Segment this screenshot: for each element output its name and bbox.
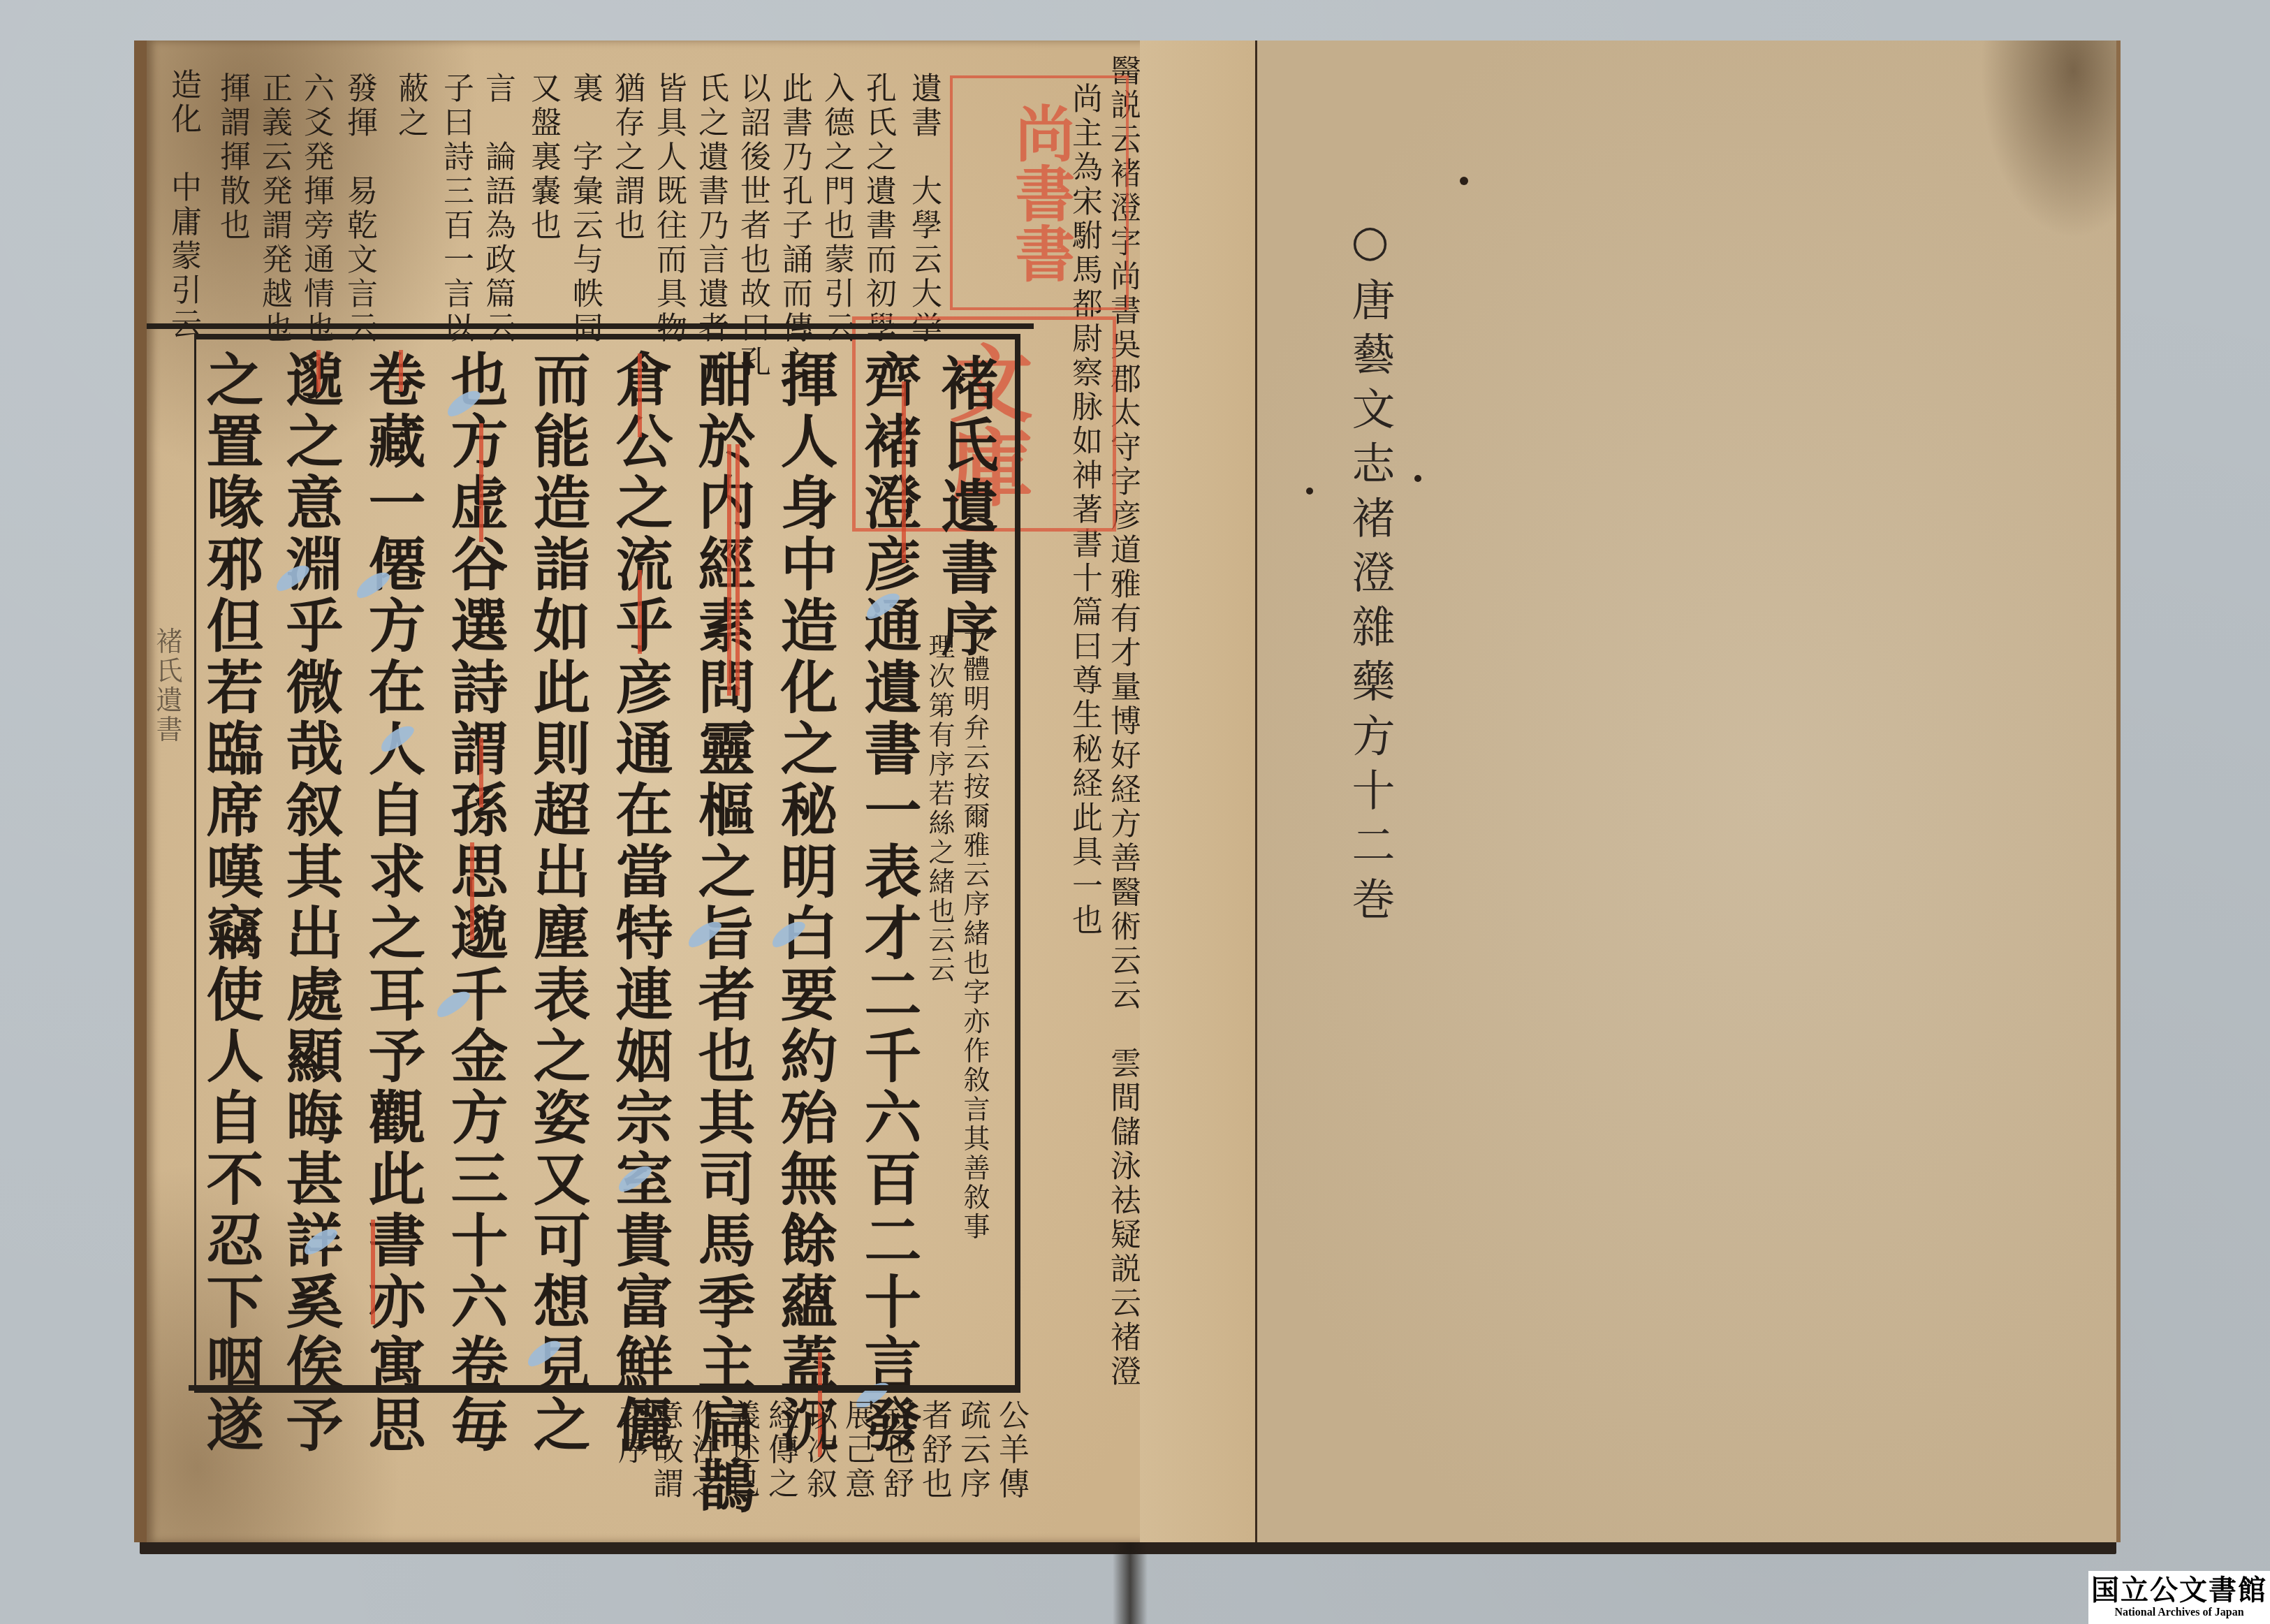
header-annotation: 蔽之 bbox=[395, 72, 425, 140]
header-annotation: 揮謂揮散也 bbox=[217, 72, 247, 243]
header-annotation: 言 論語為政篇云 bbox=[482, 72, 513, 346]
header-annotation: 孔氏之遺書而初學 bbox=[863, 72, 893, 346]
archive-logo: 国立公文書館 National Archives of Japan bbox=[2088, 1571, 2270, 1624]
header-annotation: 氏之遺書乃言遺者 bbox=[695, 72, 726, 346]
preface-title: 褚氏遺書序 bbox=[937, 353, 994, 661]
margin-title: 褚氏遺書 bbox=[154, 627, 180, 745]
main-text-column: 之置喙邪但若臨席嘆竊使人自不忍下咽遂 bbox=[202, 350, 259, 1456]
open-book: 造化 中庸蒙引云 揮謂揮散也 正義云発謂発越也 六爻発揮旁通情也 發揮 易乾文言… bbox=[134, 41, 2116, 1542]
footer-annotation: 公羊傳 bbox=[995, 1399, 1026, 1502]
ink-spot bbox=[1414, 475, 1421, 482]
red-proper-noun-line bbox=[316, 350, 321, 392]
main-text-column: 也方虚谷選詩謂孫思邈千金方三十六卷毎 bbox=[446, 350, 504, 1456]
footer-annotation: 意故謂 bbox=[650, 1399, 680, 1502]
header-annotation: 造化 中庸蒙引云 bbox=[168, 68, 198, 342]
handwritten-note: ○唐藝文志褚澄雜藥方十二巻 bbox=[1348, 215, 1391, 931]
header-annotation: 六爻発揮旁通情也 bbox=[300, 72, 331, 346]
rule-line-bottom bbox=[189, 1385, 1020, 1391]
header-annotation: 又盤裏嚢也 bbox=[527, 72, 558, 243]
footer-annotation: 疏云序 bbox=[957, 1399, 988, 1502]
red-proper-noun-line bbox=[479, 423, 483, 542]
footer-annotation: 義述己 bbox=[726, 1399, 757, 1502]
header-annotation: 發揮 易乾文言云 bbox=[344, 72, 374, 346]
main-text-column: 揮人身中造化之秘明白要約殆無餘蘊蓋沉 bbox=[776, 350, 833, 1456]
main-text-box: 褚氏遺書序 文體明弁云按爾雅云序緒也字亦作敘言其善敘事 理次第有序若絲之緒也云云… bbox=[194, 334, 1020, 1393]
main-text-column: 齊褚澄彦通遺書一表才二千六百二十言發 bbox=[860, 350, 917, 1456]
footer-annotation: 以次叙 bbox=[803, 1399, 834, 1502]
header-annotation: 入德之門也蒙引云 bbox=[821, 72, 851, 346]
red-seal-library: 尚書書 bbox=[950, 75, 1129, 310]
red-proper-noun-line bbox=[902, 381, 906, 563]
title-note: 文體明弁云按爾雅云序緒也字亦作敘言其善敘事 bbox=[961, 626, 988, 1242]
header-annotation: 遺書 大學云大学 bbox=[908, 72, 939, 346]
red-proper-noun-line bbox=[479, 738, 483, 807]
rule-line-top bbox=[147, 323, 1034, 329]
red-proper-noun-line bbox=[638, 570, 642, 654]
header-annotation: 子曰詩三百一言以 bbox=[440, 72, 471, 346]
red-book-title-line bbox=[727, 444, 731, 696]
main-text-column: 而能造詣如此則超出塵表之姿又可想見之 bbox=[529, 350, 586, 1456]
footer-annotation: 者舒也 bbox=[918, 1399, 949, 1502]
ink-spot bbox=[1306, 488, 1313, 495]
header-annotation: 正義云発謂発越也 bbox=[258, 72, 289, 346]
ink-spot bbox=[1460, 177, 1468, 185]
red-book-title-line bbox=[470, 842, 474, 940]
left-page: 造化 中庸蒙引云 揮謂揮散也 正義云発謂発越也 六爻発揮旁通情也 發揮 易乾文言… bbox=[134, 41, 1152, 1542]
red-proper-noun-line bbox=[638, 353, 642, 437]
title-note: 理次第有序若絲之緒也云云 bbox=[926, 633, 953, 985]
red-proper-noun-line bbox=[399, 350, 403, 392]
footer-annotation: 経傳之 bbox=[765, 1399, 796, 1502]
footer-annotation: 叙也舒 bbox=[880, 1399, 911, 1502]
footer-annotation: 展己意 bbox=[842, 1399, 872, 1502]
header-annotation: 皆具人既往而具物 bbox=[653, 72, 684, 346]
footer-annotation: 之序 bbox=[615, 1399, 645, 1468]
footer-annotation: 作注之 bbox=[688, 1399, 719, 1502]
header-annotation: 猶存之謂也 bbox=[611, 72, 642, 243]
red-book-title-line bbox=[735, 444, 740, 696]
main-text-column: 邈之意淵乎微哉叙其出處顯晦甚詳奚俟予 bbox=[281, 350, 339, 1456]
header-annotation: 裏 字彙云与帙同 bbox=[569, 72, 600, 346]
right-page: ○唐藝文志褚澄雜藥方十二巻 bbox=[1257, 41, 2121, 1542]
gutter-annotation-strip bbox=[1140, 41, 1257, 1542]
archive-name-en: National Archives of Japan bbox=[2114, 1607, 2243, 1619]
archive-name-ja: 国立公文書館 bbox=[2091, 1577, 2267, 1604]
main-text-column: 倉公之流乎彦通在當特連姻宗室貴富鮮儷 bbox=[611, 350, 668, 1456]
red-proper-noun-line bbox=[371, 1220, 375, 1324]
